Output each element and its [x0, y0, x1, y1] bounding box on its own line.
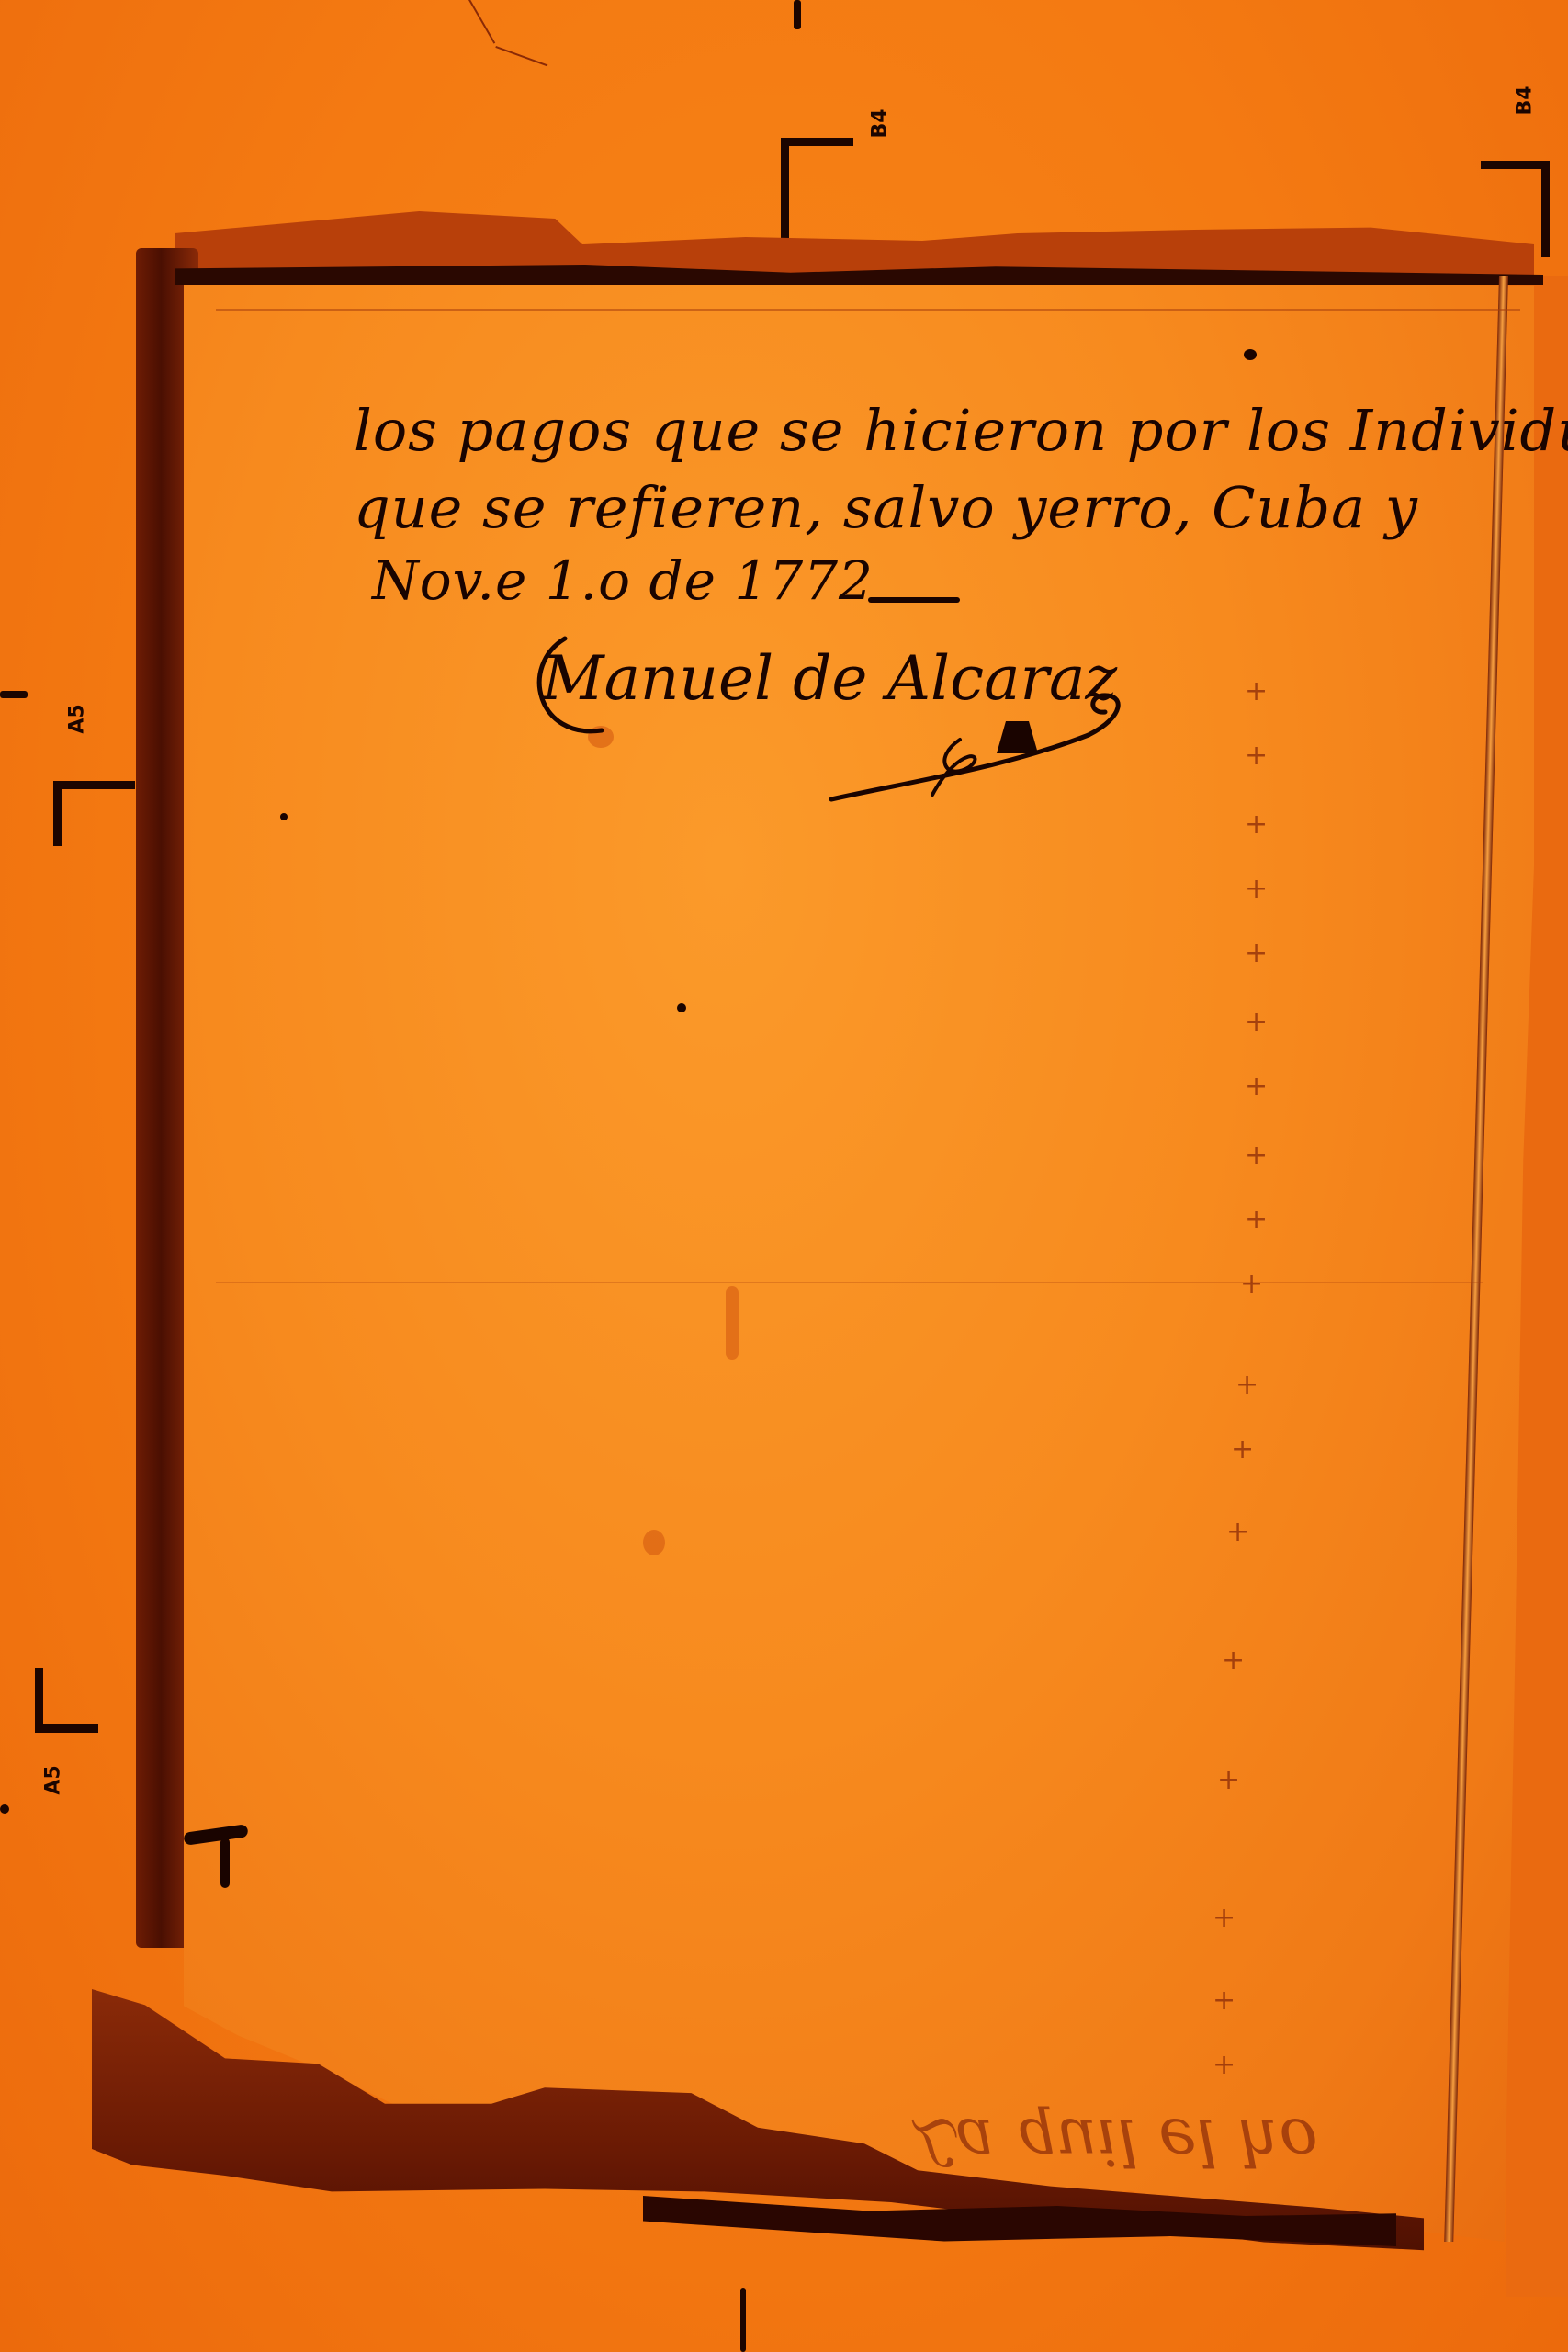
bleed-through-mark: +	[1245, 873, 1268, 905]
bleed-through-mark: +	[1222, 1645, 1245, 1677]
bleed-through-mark: +	[1245, 808, 1268, 841]
corner-bracket	[781, 138, 853, 238]
bleed-through-text: ℒa quil el ho	[909, 2104, 1318, 2179]
ink-stain	[726, 1286, 739, 1360]
bleed-through-mark: +	[1245, 740, 1268, 772]
bleed-through-mark: +	[1226, 1516, 1249, 1548]
corner-bracket	[35, 1668, 98, 1733]
bleed-through-mark: +	[1213, 2049, 1235, 2081]
signature: Manuel de Alcaraz	[542, 643, 1117, 714]
manuscript-line-3-date: Nov.e 1.o de 1772	[372, 549, 874, 612]
left-tick	[0, 691, 28, 698]
fold-line	[216, 309, 1520, 311]
bleed-through-mark: +	[1245, 1070, 1268, 1102]
manuscript-line-1: los pagos que se hicieron por los Indivi…	[354, 397, 1568, 464]
fold-line	[216, 1282, 1483, 1283]
bleed-through-mark: +	[1245, 1006, 1268, 1038]
ink-blot	[220, 1837, 230, 1888]
ink-dot	[677, 1003, 686, 1012]
bleed-through-mark: +	[1245, 1139, 1268, 1171]
bleed-through-mark: +	[1213, 1902, 1235, 1934]
marker-label: B4	[869, 108, 892, 138]
ink-dot	[1244, 349, 1257, 360]
ink-dot	[280, 813, 288, 820]
bleed-through-mark: +	[1213, 1984, 1235, 2017]
marker-label: A5	[66, 704, 89, 733]
bleed-through-mark: +	[1217, 1764, 1240, 1796]
ink-stain	[588, 726, 614, 748]
ink-stain	[643, 1530, 665, 1555]
marker-label: A5	[42, 1765, 65, 1794]
marker-label: B4	[1514, 85, 1537, 115]
bleed-through-mark: +	[1235, 1369, 1258, 1401]
top-center-tick	[794, 0, 801, 29]
date-underline-flourish	[868, 597, 960, 603]
bleed-through-mark: +	[1240, 1268, 1263, 1300]
manuscript-line-2: que se refieren, salvo yerro, Cuba y	[354, 474, 1418, 541]
bottom-center-tick	[740, 2288, 746, 2352]
bleed-through-mark: +	[1231, 1433, 1254, 1465]
bleed-through-mark: +	[1245, 937, 1268, 969]
bleed-through-mark: +	[1245, 675, 1268, 707]
bleed-through-mark: +	[1245, 1204, 1268, 1236]
left-tick	[0, 1804, 9, 1814]
corner-bracket	[53, 781, 135, 846]
